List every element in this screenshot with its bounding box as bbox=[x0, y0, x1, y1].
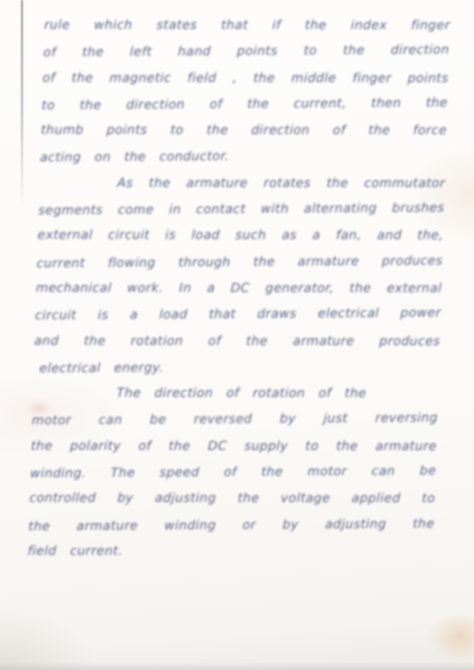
handwritten-line: the polarity of the DC supply to the arm… bbox=[30, 433, 437, 460]
handwritten-line: field current. bbox=[27, 538, 434, 565]
handwritten-line: and the rotation of the armature produce… bbox=[34, 327, 441, 354]
handwritten-line: The direction of rotation of the bbox=[32, 380, 439, 407]
paragraph: The direction of rotation of the motor c… bbox=[27, 379, 439, 564]
paragraph: As the armature rotates the commutator s… bbox=[33, 169, 446, 381]
handwritten-line: segments come in contact with alternatin… bbox=[38, 195, 445, 224]
paper-bottom-shadow bbox=[0, 662, 474, 670]
handwritten-line: motor can be reversed by just reversing bbox=[31, 405, 438, 434]
handwriting-block: rule which states that if the index fing… bbox=[0, 5, 474, 565]
notebook-paper-photo: rule which states that if the index fing… bbox=[0, 0, 474, 670]
paragraph: rule which states that if the index fing… bbox=[40, 11, 451, 170]
handwritten-line: of the magnetic field , the middle finge… bbox=[42, 64, 449, 91]
handwritten-line: to the direction of the current, then th… bbox=[41, 89, 448, 118]
handwritten-line: As the armature rotates the commutator bbox=[39, 170, 446, 197]
handwritten-line: winding. The speed of the motor can be bbox=[30, 458, 437, 487]
handwritten-line: rule which states that if the index fing… bbox=[44, 12, 451, 39]
handwritten-line: the armature winding or by adjusting the bbox=[28, 510, 435, 539]
handwritten-line: acting on the conductor. bbox=[40, 142, 447, 171]
handwritten-line: mechanical work. In a DC generator, the … bbox=[35, 275, 442, 302]
handwritten-line: circuit is a load that draws electrical … bbox=[35, 300, 442, 329]
handwritten-line: external circuit is load such as a fan, … bbox=[37, 222, 444, 249]
handwritten-line: thumb points to the direction of the for… bbox=[40, 117, 447, 144]
handwritten-line: of the left hand points to the direction bbox=[43, 37, 450, 66]
handwritten-line: controlled by adjusting the voltage appl… bbox=[29, 485, 436, 512]
handwritten-line: electrical energy. bbox=[33, 352, 440, 381]
handwritten-line: current flowing through the armature pro… bbox=[36, 247, 443, 276]
